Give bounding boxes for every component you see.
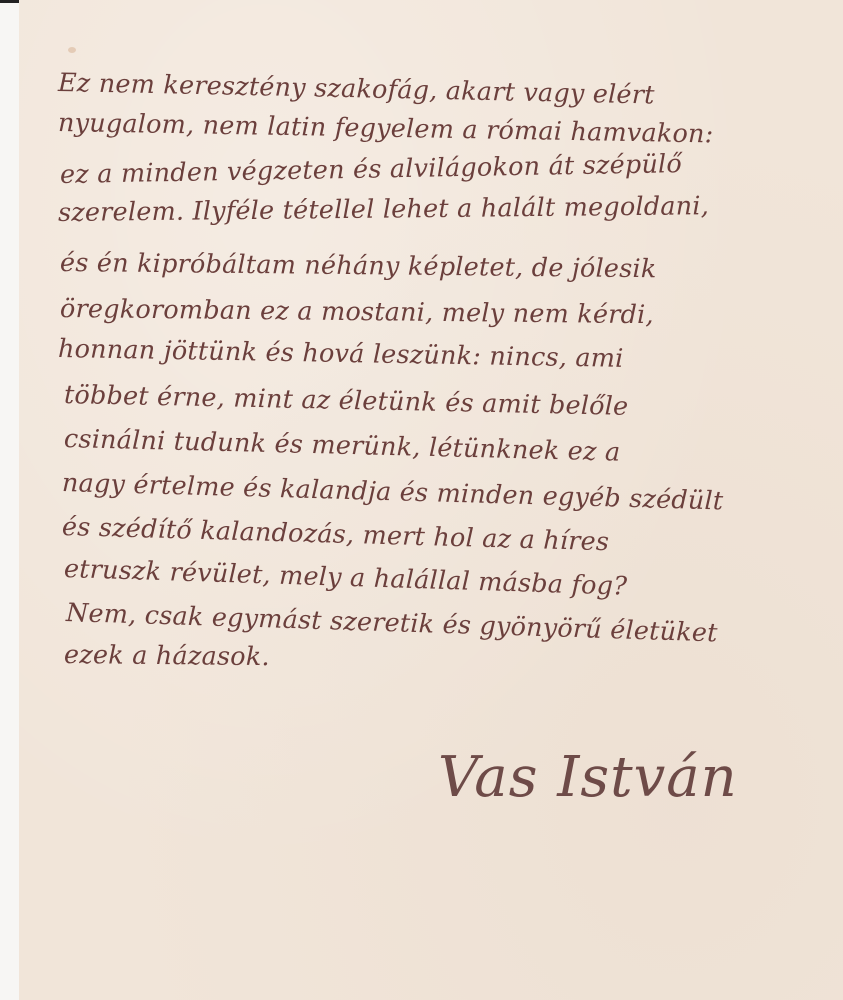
page: Ez nem keresztény szakofág, akart vagy e… <box>0 0 843 1000</box>
signature: Vas István <box>438 745 738 810</box>
paper-stain <box>68 47 76 53</box>
text-line: ezek a házasok. <box>64 640 270 672</box>
text-line: öregkoromban ez a mostani, mely nem kérd… <box>60 294 654 330</box>
text-line: és én kipróbáltam néhány képletet, de jó… <box>60 248 657 284</box>
scan-edge-line <box>0 0 20 3</box>
